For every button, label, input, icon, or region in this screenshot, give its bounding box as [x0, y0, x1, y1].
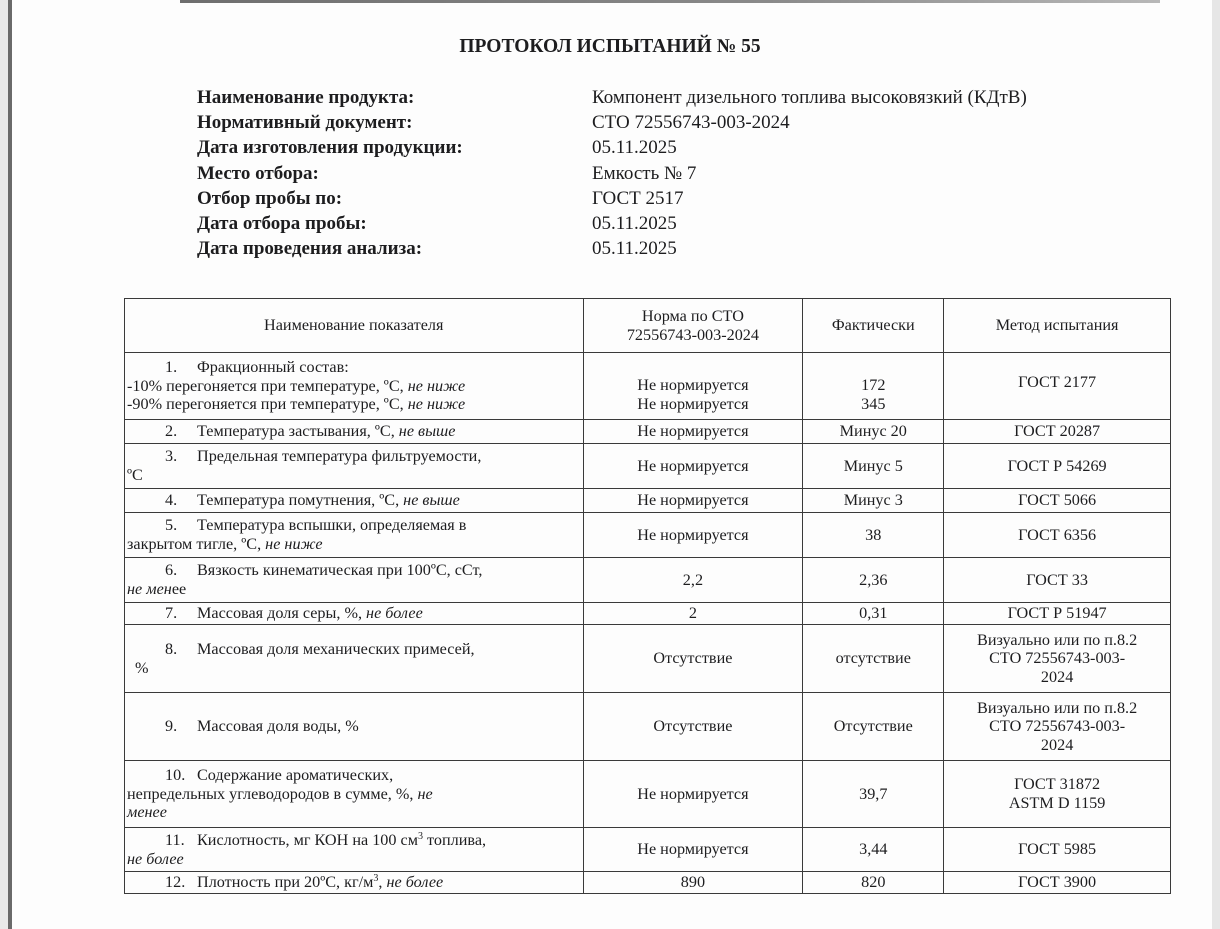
indicator-unit: %	[135, 659, 148, 677]
indicator-qualifier-cont: менее	[127, 803, 167, 821]
actual-value: 345	[861, 395, 885, 413]
method-cell: ГОСТ 20287	[944, 420, 1171, 444]
method-line: Визуально или по п.8.2	[977, 631, 1137, 649]
norm-cell: Не нормируется	[583, 444, 803, 489]
indicator-name: Вязкость кинематическая при 100ºС, сСт,	[197, 561, 482, 579]
indicator-qualifier: не ниже	[408, 377, 465, 395]
actual-cell: Отсутствие	[803, 693, 944, 761]
product-info-block: Наименование продукта: Компонент дизельн…	[197, 85, 1027, 261]
info-value: 05.11.2025	[592, 135, 677, 160]
table-row: 11.Кислотность, мг КОН на 100 см3 топлив…	[125, 828, 1171, 872]
indicator-cell: 2.Температура застывания, ºС, не выше	[125, 420, 584, 444]
row-number: 11.	[165, 831, 197, 850]
indicator-cell: 1.Фракционный состав: -10% перегоняется …	[125, 353, 584, 420]
table-row: 8.Массовая доля механических примесей, %…	[125, 625, 1171, 693]
method-line: Визуально или по п.8.2	[977, 699, 1137, 717]
row-number: 12.	[165, 873, 197, 892]
info-row-product: Наименование продукта: Компонент дизельн…	[197, 85, 1027, 110]
indicator-name: Кислотность, мг КОН на 100 см	[197, 831, 418, 849]
method-line: 2024	[1041, 736, 1073, 754]
actual-cell: 2,36	[803, 558, 944, 603]
table-row: 9.Массовая доля воды, % Отсутствие Отсут…	[125, 693, 1171, 761]
indicator-qualifier: не ниже	[265, 535, 322, 553]
indicator-cell: 6.Вязкость кинематическая при 100ºС, сСт…	[125, 558, 584, 603]
info-label: Дата проведения анализа:	[197, 236, 592, 261]
indicator-name: Плотность при 20ºС, кг/м	[197, 873, 373, 891]
actual-cell: Минус 5	[803, 444, 944, 489]
info-label: Дата отбора пробы:	[197, 211, 592, 236]
norm-cell: Не нормируется	[583, 489, 803, 513]
indicator-name-rest: топлива,	[423, 831, 486, 849]
method-line: ГОСТ 31872	[1014, 775, 1100, 793]
indicator-cell: 10.Содержание ароматических, непредельны…	[125, 761, 584, 828]
method-line: 2024	[1041, 668, 1073, 686]
method-cell: Визуально или по п.8.2 СТО 72556743-003-…	[944, 625, 1171, 693]
method-cell: Визуально или по п.8.2 СТО 72556743-003-…	[944, 693, 1171, 761]
table-row: 5.Температура вспышки, определяемая в за…	[125, 513, 1171, 558]
actual-cell: отсутствие	[803, 625, 944, 693]
superscript: 3	[418, 831, 423, 842]
info-row-manufacture-date: Дата изготовления продукции: 05.11.2025	[197, 135, 1027, 160]
indicator-name: Массовая доля воды, %	[197, 717, 359, 735]
table-row: 1.Фракционный состав: -10% перегоняется …	[125, 353, 1171, 420]
row-number: 8.	[165, 640, 197, 659]
table-row: 7.Массовая доля серы, %, не более 2 0,31…	[125, 603, 1171, 625]
viewer-left-margin	[0, 0, 8, 929]
norm-cell: Не нормируется	[583, 420, 803, 444]
method-cell: ГОСТ 31872 ASTM D 1159	[944, 761, 1171, 828]
indicator-name: Температура помутнения, ºС,	[197, 491, 403, 509]
info-label: Место отбора:	[197, 161, 592, 186]
info-row-sampling-standard: Отбор пробы по: ГОСТ 2517	[197, 186, 1027, 211]
norm-value: Не нормируется	[637, 395, 748, 413]
row-number: 5.	[165, 516, 197, 535]
indicator-qualifier: не более	[386, 873, 443, 891]
indicator-qualifier: не	[417, 785, 432, 803]
norm-cell: Не нормируется	[583, 513, 803, 558]
table-row: 6.Вязкость кинематическая при 100ºС, сСт…	[125, 558, 1171, 603]
info-value: СТО 72556743-003-2024	[592, 110, 790, 135]
indicator-qualifier: не выше	[399, 422, 456, 440]
indicator-name: Фракционный состав:	[197, 358, 349, 376]
norm-cell: 2,2	[583, 558, 803, 603]
indicator-cell: 8.Массовая доля механических примесей, %	[125, 625, 584, 693]
method-cell: ГОСТ 2177	[944, 353, 1171, 420]
row-number: 10.	[165, 766, 197, 785]
page-top-edge	[180, 0, 1160, 3]
indicator-qualifier: не более	[127, 850, 184, 868]
superscript: 3	[373, 873, 378, 884]
row-number: 2.	[165, 422, 197, 441]
indicator-qualifier: не выше	[403, 491, 460, 509]
indicator-name: Массовая доля механических примесей,	[197, 640, 475, 658]
actual-cell: 172 345	[803, 353, 944, 420]
method-cell: ГОСТ 5985	[944, 828, 1171, 872]
indicator-name: Температура вспышки, определяемая в	[197, 516, 466, 534]
info-value: Компонент дизельного топлива высоковязки…	[592, 85, 1027, 110]
actual-cell: Минус 3	[803, 489, 944, 513]
indicator-qualifier: не более	[366, 604, 423, 622]
table-header-row: Наименование показателя Норма по СТО 725…	[125, 299, 1171, 353]
info-row-normative-document: Нормативный документ: СТО 72556743-003-2…	[197, 110, 1027, 135]
header-norm-line2: 72556743-003-2024	[627, 326, 759, 344]
indicator-name: Температура застывания, ºС,	[197, 422, 399, 440]
indicator-name-cont: закрытом тигле, ºС,	[127, 535, 265, 553]
indicator-cell: 4.Температура помутнения, ºС, не выше	[125, 489, 584, 513]
info-label: Наименование продукта:	[197, 85, 592, 110]
indicator-cell: 5.Температура вспышки, определяемая в за…	[125, 513, 584, 558]
info-label: Нормативный документ:	[197, 110, 592, 135]
method-value: ГОСТ 2177	[1018, 373, 1096, 391]
info-label: Отбор пробы по:	[197, 186, 592, 211]
table-row: 12.Плотность при 20ºС, кг/м3, не более 8…	[125, 872, 1171, 894]
info-value: 05.11.2025	[592, 236, 677, 261]
indicator-name: Содержание ароматических,	[197, 766, 393, 784]
indicator-sub: -10% перегоняется при температуре, ºС,	[127, 377, 408, 395]
norm-cell: Не нормируется	[583, 761, 803, 828]
method-line: ASTM D 1159	[1009, 794, 1106, 812]
table-row: 4.Температура помутнения, ºС, не выше Не…	[125, 489, 1171, 513]
table-row: 3.Предельная температура фильтруемости, …	[125, 444, 1171, 489]
norm-cell: 890	[583, 872, 803, 894]
indicator-name: Предельная температура фильтруемости,	[197, 447, 481, 465]
norm-cell: Отсутствие	[583, 625, 803, 693]
info-row-analysis-date: Дата проведения анализа: 05.11.2025	[197, 236, 1027, 261]
method-cell: ГОСТ 5066	[944, 489, 1171, 513]
indicator-cell: 3.Предельная температура фильтруемости, …	[125, 444, 584, 489]
row-number: 4.	[165, 491, 197, 510]
row-number: 3.	[165, 447, 197, 466]
test-results-table: Наименование показателя Норма по СТО 725…	[124, 298, 1171, 894]
norm-cell: Отсутствие	[583, 693, 803, 761]
header-method: Метод испытания	[944, 299, 1171, 353]
indicator-sub: -90% перегоняется при температуре, ºС,	[127, 395, 408, 413]
header-actual: Фактически	[803, 299, 944, 353]
info-value: 05.11.2025	[592, 211, 677, 236]
indicator-cell: 11.Кислотность, мг КОН на 100 см3 топлив…	[125, 828, 584, 872]
norm-cell: Не нормируется	[583, 828, 803, 872]
indicator-unit: ºС	[127, 466, 143, 484]
method-cell: ГОСТ 6356	[944, 513, 1171, 558]
row-number: 7.	[165, 604, 197, 623]
indicator-cell: 12.Плотность при 20ºС, кг/м3, не более	[125, 872, 584, 894]
actual-cell: 38	[803, 513, 944, 558]
info-row-sampling-date: Дата отбора пробы: 05.11.2025	[197, 211, 1027, 236]
actual-cell: Минус 20	[803, 420, 944, 444]
norm-cell: 2	[583, 603, 803, 625]
document-title: ПРОТОКОЛ ИСПЫТАНИЙ № 55	[0, 36, 1220, 58]
norm-cell: Не нормируется Не нормируется	[583, 353, 803, 420]
method-line: СТО 72556743-003-	[989, 717, 1125, 735]
info-label: Дата изготовления продукции:	[197, 135, 592, 160]
info-row-sampling-place: Место отбора: Емкость № 7	[197, 161, 1027, 186]
row-number: 9.	[165, 717, 197, 736]
table-row: 2.Температура застывания, ºС, не выше Не…	[125, 420, 1171, 444]
actual-value: 172	[861, 376, 885, 394]
indicator-name-cont: непредельных углеводородов в сумме, %,	[127, 785, 417, 803]
actual-cell: 39,7	[803, 761, 944, 828]
method-line: СТО 72556743-003-	[989, 649, 1125, 667]
indicator-qualifier-rest: ее	[172, 580, 186, 598]
header-indicator-name: Наименование показателя	[125, 299, 584, 353]
method-cell: ГОСТ 3900	[944, 872, 1171, 894]
info-value: Емкость № 7	[592, 161, 696, 186]
actual-cell: 820	[803, 872, 944, 894]
indicator-cell: 9.Массовая доля воды, %	[125, 693, 584, 761]
viewer-left-border	[8, 0, 12, 929]
method-cell: ГОСТ Р 51947	[944, 603, 1171, 625]
actual-cell: 3,44	[803, 828, 944, 872]
method-cell: ГОСТ Р 54269	[944, 444, 1171, 489]
header-norm: Норма по СТО 72556743-003-2024	[583, 299, 803, 353]
indicator-qualifier: не ниже	[408, 395, 465, 413]
row-number: 1.	[165, 358, 197, 377]
header-norm-line1: Норма по СТО	[642, 307, 744, 325]
indicator-name: Массовая доля серы, %,	[197, 604, 366, 622]
info-value: ГОСТ 2517	[592, 186, 684, 211]
norm-value: Не нормируется	[637, 376, 748, 394]
row-number: 6.	[165, 561, 197, 580]
viewer-right-margin	[1212, 0, 1220, 929]
method-cell: ГОСТ 33	[944, 558, 1171, 603]
table-row: 10.Содержание ароматических, непредельны…	[125, 761, 1171, 828]
indicator-qualifier: не мен	[127, 580, 172, 598]
indicator-cell: 7.Массовая доля серы, %, не более	[125, 603, 584, 625]
actual-cell: 0,31	[803, 603, 944, 625]
